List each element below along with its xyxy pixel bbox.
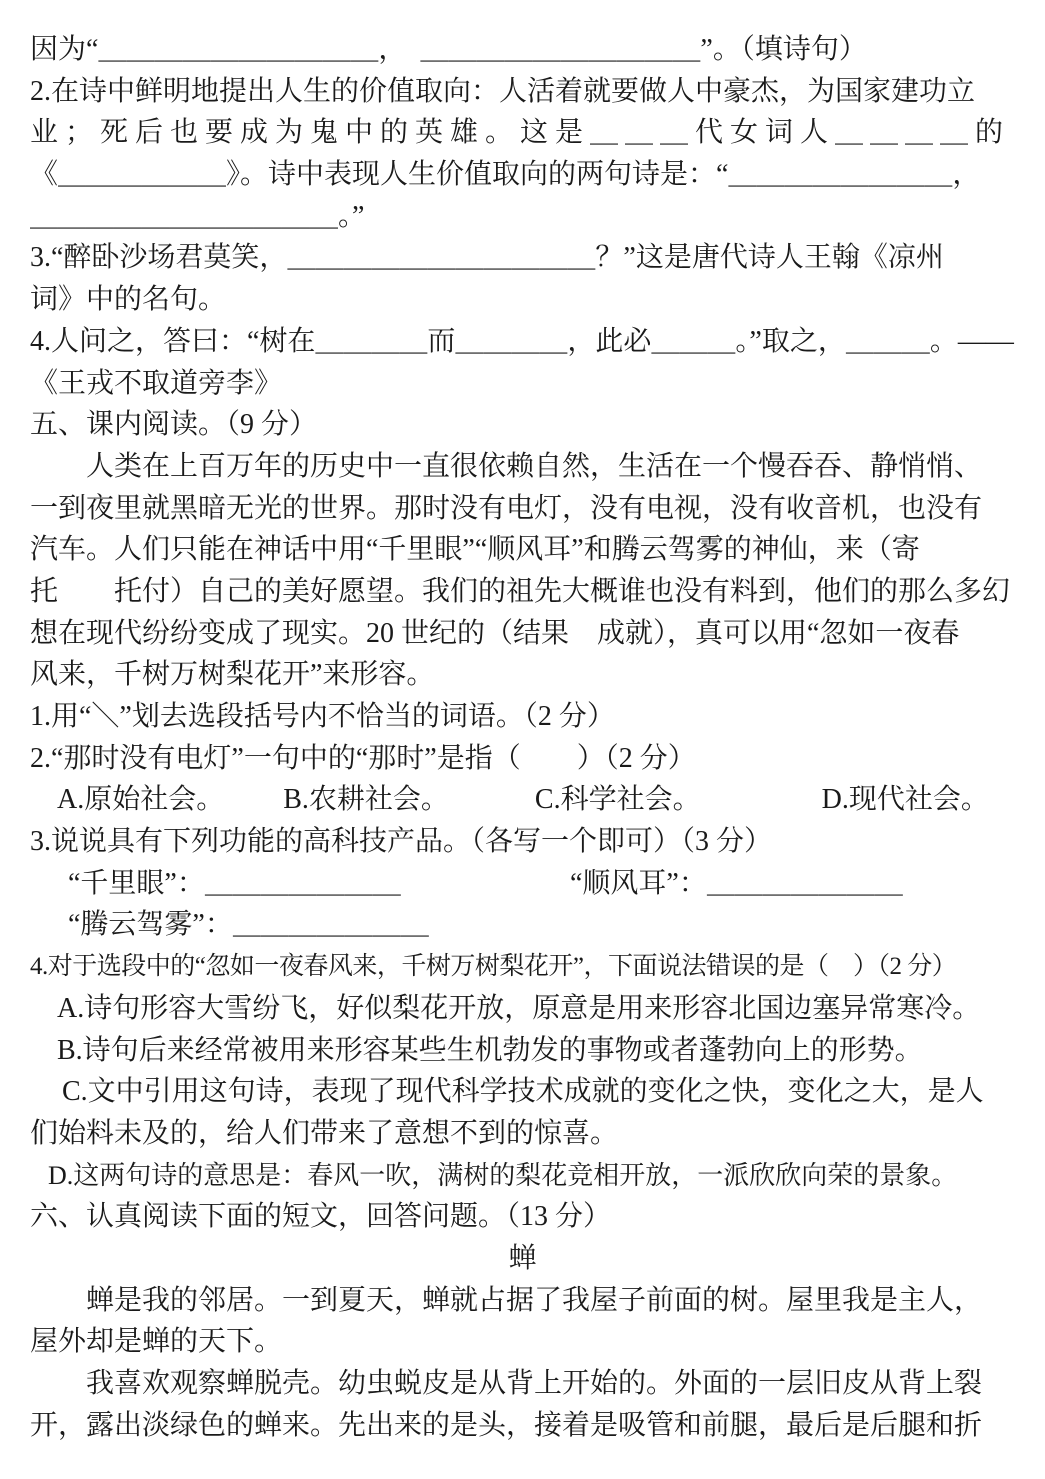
sub-question-2-options: A.原始社会。 B.农耕社会。 C.科学社会。 D.现代社会。 bbox=[30, 779, 1015, 821]
q2-line-1: 2.在诗中鲜明地提出人生的价值取向：人活着就要做人中豪杰，为国家建功立 bbox=[30, 71, 1015, 113]
q2-line-3: 《＿＿＿＿＿＿》。诗中表现人生价值取向的两句诗是：“＿＿＿＿＿＿＿＿， bbox=[30, 154, 1015, 196]
option-c-label: C.科学社会。 bbox=[535, 779, 701, 821]
tengyunjiawu-blank: “腾云驾雾”：＿＿＿＿＿＿＿ bbox=[68, 909, 429, 940]
sub-question-3-blanks-row-1: “千里眼”：＿＿＿＿＿＿＿ “顺风耳”：＿＿＿＿＿＿＿ bbox=[30, 863, 1015, 905]
passage-line-4: 托 托付）自己的美好愿望。我们的祖先大概谁也没有料到，他们的那么多幻 bbox=[30, 571, 1015, 613]
q4-line-2-source-title: 《王戎不取道旁李》 bbox=[30, 363, 1015, 405]
option-d-label: D.现代社会。 bbox=[822, 779, 989, 821]
passage-line-3: 汽车。人们只能在神话中用“千里眼”“顺风耳”和腾云驾雾的神仙，来（寄 bbox=[30, 529, 1015, 571]
sub-question-2: 2.“那时没有电灯”一句中的“那时”是指（ ）（2 分） bbox=[30, 738, 1015, 780]
sub-question-3-blanks-row-2: “腾云驾雾”：＿＿＿＿＿＿＿ bbox=[30, 904, 1015, 946]
passage-line-1: 人类在上百万年的历史中一直很依赖自然，生活在一个慢吞吞、静悄悄、 bbox=[30, 446, 1015, 488]
essay-line-2: 屋外却是蝉的天下。 bbox=[30, 1321, 1015, 1363]
passage-line-5: 想在现代纷纷变成了现实。20 世纪的（结果 成就），真可以用“忽如一夜春 bbox=[30, 613, 1015, 655]
q1-continuation-fill-blank: 因为“＿＿＿＿＿＿＿＿＿＿， ＿＿＿＿＿＿＿＿＿＿”。（填诗句） bbox=[30, 29, 1015, 71]
passage-line-6: 风来，千树万树梨花开”来形容。 bbox=[30, 654, 1015, 696]
q3-line-1: 3.“醉卧沙场君莫笑，＿＿＿＿＿＿＿＿＿＿＿？”这是唐代诗人王翰《凉州 bbox=[30, 237, 1015, 279]
option-a-label: A.原始社会。 bbox=[57, 779, 224, 821]
section-6-heading: 六、认真阅读下面的短文，回答问题。（13 分） bbox=[30, 1196, 1015, 1238]
exam-page: 因为“＿＿＿＿＿＿＿＿＿＿， ＿＿＿＿＿＿＿＿＿＿”。（填诗句） 2.在诗中鲜明… bbox=[0, 0, 1045, 1479]
essay-title: 蝉 bbox=[30, 1238, 1015, 1280]
sub-question-4-option-b: B.诗句后来经常被用来形容某些生机勃发的事物或者蓬勃向上的形势。 bbox=[30, 1030, 1015, 1072]
passage-line-2: 一到夜里就黑暗无光的世界。那时没有电灯，没有电视，没有收音机，也没有 bbox=[30, 488, 1015, 530]
sub-question-4-option-c-line-1: C.文中引用这句诗，表现了现代科学技术成就的变化之快，变化之大，是人 bbox=[30, 1071, 1015, 1113]
essay-line-1: 蝉是我的邻居。一到夏天，蝉就占据了我屋子前面的树。屋里我是主人， bbox=[30, 1280, 1015, 1322]
sub-question-4-option-a: A.诗句形容大雪纷飞，好似梨花开放，原意是用来形容北国边塞异常寒冷。 bbox=[30, 988, 1015, 1030]
option-b-label: B.农耕社会。 bbox=[283, 779, 449, 821]
shunfenger-blank: “顺风耳”：＿＿＿＿＿＿＿ bbox=[570, 863, 903, 905]
section-5-heading: 五、课内阅读。（9 分） bbox=[30, 404, 1015, 446]
q2-line-4: ＿＿＿＿＿＿＿＿＿＿＿。” bbox=[30, 196, 1015, 238]
sub-question-4: 4.对于选段中的“忽如一夜春风来，千树万树梨花开”，下面说法错误的是（ ）（2 … bbox=[30, 946, 1015, 988]
sub-question-4-option-d: D.这两句诗的意思是：春风一吹，满树的梨花竞相开放，一派欣欣向荣的景象。 bbox=[30, 1155, 1015, 1197]
q3-line-2: 词》中的名句。 bbox=[30, 279, 1015, 321]
sub-question-4-option-c-line-2: 们始料未及的，给人们带来了意想不到的惊喜。 bbox=[30, 1113, 1015, 1155]
qianliyan-blank: “千里眼”：＿＿＿＿＿＿＿ bbox=[68, 868, 401, 899]
sub-question-3: 3.说说具有下列功能的高科技产品。（各写一个即可）（3 分） bbox=[30, 821, 1015, 863]
essay-line-4: 开，露出淡绿色的蝉来。先出来的是头，接着是吸管和前腿，最后是后腿和折 bbox=[30, 1405, 1015, 1447]
sub-question-1: 1.用“＼”划去选段括号内不恰当的词语。（2 分） bbox=[30, 696, 1015, 738]
q4-line-1: 4.人问之，答曰：“树在＿＿＿＿而＿＿＿＿，此必＿＿＿。”取之，＿＿＿。—— bbox=[30, 321, 1015, 363]
q2-line-2: 业；死后也要成为鬼中的英雄。这是＿＿＿代女词人＿＿＿＿的 bbox=[30, 112, 1015, 154]
essay-line-3: 我喜欢观察蝉脱壳。幼虫蜕皮是从背上开始的。外面的一层旧皮从背上裂 bbox=[30, 1363, 1015, 1405]
